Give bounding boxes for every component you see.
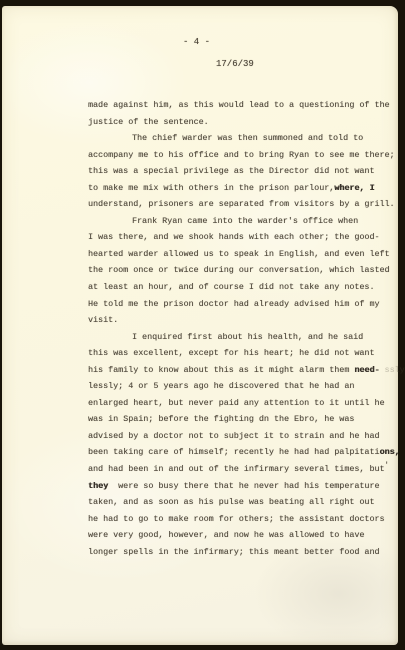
text-line: he had to go to make room for others; th… (88, 511, 400, 528)
text-line: lessly; 4 or 5 years ago he discovered t… (88, 378, 400, 395)
text-line: been taking care of himself; recently he… (88, 444, 400, 461)
document-body: made against him, as this would lead to … (88, 97, 400, 560)
text-line: He told me the prison doctor had already… (88, 296, 400, 313)
text-line: understand, prisoners are separated from… (88, 196, 400, 213)
text-line: to make me mix with others in the prison… (88, 180, 400, 197)
document-date: 17/6/39 (216, 59, 254, 69)
text-line: enlarged heart, but never paid any atten… (88, 395, 400, 412)
text-line: his family to know about this as it migh… (88, 362, 400, 379)
text-line: this was a special privilege as the Dire… (88, 163, 400, 180)
page-number: - 4 - (183, 37, 210, 47)
text-line: were very good, however, and now he was … (88, 527, 400, 544)
scanned-document-photo: - 4 - 17/6/39 made against him, as this … (0, 0, 405, 650)
text-line: taken, and as soon as his pulse was beat… (88, 494, 400, 511)
text-line: the room once or twice during our conver… (88, 262, 400, 279)
text-line: they were so busy there that he never ha… (88, 478, 400, 495)
text-line: accompany me to his office and to bring … (88, 147, 400, 164)
text-line: longer spells in the infirmary; this mea… (88, 544, 400, 561)
text-line: made against him, as this would lead to … (88, 97, 400, 114)
text-line: I was there, and we shook hands with eac… (88, 229, 400, 246)
text-line: and had been in and out of the infirmary… (88, 461, 400, 478)
text-line: Frank Ryan came into the warder's office… (88, 213, 400, 230)
text-line: visit. (88, 312, 400, 329)
text-line: hearted warder allowed us to speak in En… (88, 246, 400, 263)
text-line: The chief warder was then summoned and t… (88, 130, 400, 147)
text-line: was in Spain; before the fighting dn the… (88, 411, 400, 428)
text-line: justice of the sentence. (88, 114, 400, 131)
text-line: this was excellent, except for his heart… (88, 345, 400, 362)
text-line: at least an hour, and of course I did no… (88, 279, 400, 296)
text-line: advised by a doctor not to subject it to… (88, 428, 400, 445)
typewritten-page: - 4 - 17/6/39 made against him, as this … (2, 6, 398, 645)
text-line: I enquired first about his health, and h… (88, 329, 400, 346)
